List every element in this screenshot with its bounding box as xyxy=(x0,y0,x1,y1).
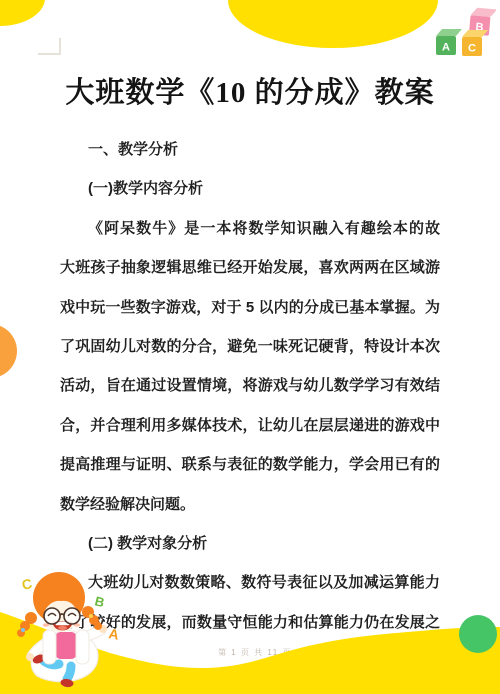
block-letter-a: A xyxy=(442,42,450,54)
block-c: C xyxy=(462,30,488,56)
document-page: B A C 大班数学《10 的分成》教案 一、教学分析(一)教学内容分析《阿呆数… xyxy=(0,0,500,694)
cartoon-girl-illustration: C B A xyxy=(15,568,210,694)
yellow-blob-top-left xyxy=(0,0,45,26)
text-line: 数学经验解决问题。 xyxy=(60,485,440,524)
text-line: 活动，旨在通过设置情境，将游戏与幼儿数学学习有效结 xyxy=(60,366,440,405)
corner-mark xyxy=(38,38,61,55)
block-a: A xyxy=(436,29,462,55)
text-line: 合，并合理利用多媒体技术，让幼儿在层层递进的游戏中 xyxy=(60,406,440,445)
text-line: 《阿呆数牛》是一本将数学知识融入有趣绘本的故事。 xyxy=(60,209,440,248)
orange-dot-left xyxy=(0,324,17,378)
floating-letter-a: A xyxy=(107,625,120,643)
text-line: 提高推理与证明、联系与表征的数学能力，学会用已有的 xyxy=(60,445,440,484)
text-line: 一、教学分析 xyxy=(60,130,440,169)
text-line: (二) 教学对象分析 xyxy=(60,524,440,563)
floating-letter-c: C xyxy=(20,575,33,593)
text-line: 了巩固幼儿对数的分合，避免一味死记硬背，特设计本次 xyxy=(60,327,440,366)
green-dot-bottom-right xyxy=(459,615,497,653)
abc-blocks-icon: B A C xyxy=(434,4,496,60)
yellow-blob-top xyxy=(228,0,438,48)
page-title: 大班数学《10 的分成》教案 xyxy=(0,67,500,119)
block-letter-c: C xyxy=(468,43,476,55)
text-line: (一)教学内容分析 xyxy=(60,169,440,208)
text-line: 戏中玩一些数字游戏，对于 5 以内的分成已基本掌握。为 xyxy=(60,288,440,327)
document-body: 一、教学分析(一)教学内容分析《阿呆数牛》是一本将数学知识融入有趣绘本的故事。大… xyxy=(60,130,440,642)
floating-letter-b: B xyxy=(93,593,106,610)
text-line: 大班孩子抽象逻辑思维已经开始发展，喜欢两两在区域游 xyxy=(60,248,440,287)
girl-shirt xyxy=(55,632,77,659)
